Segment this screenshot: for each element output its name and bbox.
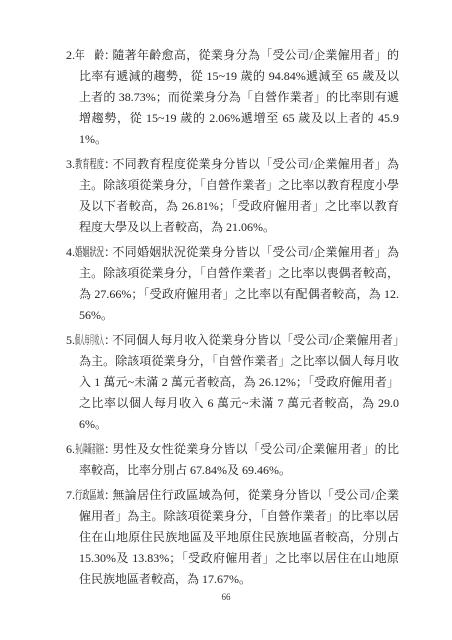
item-label: 身心障礙者資格	[75, 439, 85, 460]
finding-label-group: 7.行政區域：	[66, 485, 112, 506]
item-text: 不同婚姻狀況從業身分皆以「受公司/企業僱用者」為主。除該項從業身分，「自營作業者…	[79, 245, 399, 322]
finding-label-group: 4.婚姻狀況：	[66, 242, 112, 263]
item-number: 7.	[66, 485, 75, 506]
item-number: 6.	[66, 439, 75, 460]
item-label: 婚姻狀況	[75, 242, 93, 263]
finding-item-age: 2.年 齡：隨著年齡愈高，從業身分為「受公司/企業僱用者」的比率有遞減的趨勢，從…	[79, 45, 399, 150]
item-text: 男性及女性從業身分皆以「受公司/企業僱用者」的比率較高，比率分別占 67.84%…	[79, 442, 399, 477]
label-colon: ：	[104, 154, 112, 175]
label-colon: ：	[104, 330, 112, 351]
item-label: 行政區域	[75, 485, 93, 506]
label-colon: ：	[104, 485, 112, 506]
finding-item-disability-status: 6.身心障礙者資格：男性及女性從業身分皆以「受公司/企業僱用者」的比率較高，比率…	[79, 439, 399, 481]
item-number: 3.	[66, 154, 75, 175]
label-colon: ：	[104, 439, 112, 460]
item-number: 4.	[66, 242, 75, 263]
page-number: 66	[0, 591, 452, 603]
findings-list: 2.年 齡：隨著年齡愈高，從業身分為「受公司/企業僱用者」的比率有遞減的趨勢，從…	[79, 45, 399, 594]
finding-item-marital-status: 4.婚姻狀況：不同婚姻狀況從業身分皆以「受公司/企業僱用者」為主。除該項從業身分…	[79, 242, 399, 326]
finding-item-education: 3.教育程度：不同教育程度從業身分皆以「受公司/企業僱用者」為主。除該項從業身分…	[79, 154, 399, 238]
item-number: 2.	[66, 45, 75, 66]
finding-label-group: 2.年 齡：	[66, 45, 112, 66]
item-label: 年 齡	[75, 45, 98, 66]
finding-label-group: 5.個人每月收入：	[66, 330, 112, 351]
finding-label-group: 6.身心障礙者資格：	[66, 439, 112, 460]
finding-item-administrative-region: 7.行政區域：無論居住行政區域為何，從業身分皆以「受公司/企業僱用者」為主。除該…	[79, 485, 399, 590]
item-label: 教育程度	[75, 154, 93, 175]
finding-label-group: 3.教育程度：	[66, 154, 112, 175]
item-text: 不同教育程度從業身分皆以「受公司/企業僱用者」為主。除該項從業身分，「自營作業者…	[79, 157, 399, 234]
item-text: 不同個人每月收入從業身分皆以「受公司/企業僱用者」為主。除該項從業身分，「自營作…	[79, 333, 399, 431]
item-text: 隨著年齡愈高，從業身分為「受公司/企業僱用者」的比率有遞減的趨勢，從 15~19…	[79, 48, 399, 146]
label-colon: ：	[104, 45, 112, 66]
finding-item-monthly-income: 5.個人每月收入：不同個人每月收入從業身分皆以「受公司/企業僱用者」為主。除該項…	[79, 330, 399, 435]
item-text: 無論居住行政區域為何，從業身分皆以「受公司/企業僱用者」為主。除該項從業身分，「…	[79, 488, 399, 586]
item-label: 個人每月收入	[75, 330, 87, 351]
label-colon: ：	[104, 242, 112, 263]
item-number: 5.	[66, 330, 75, 351]
